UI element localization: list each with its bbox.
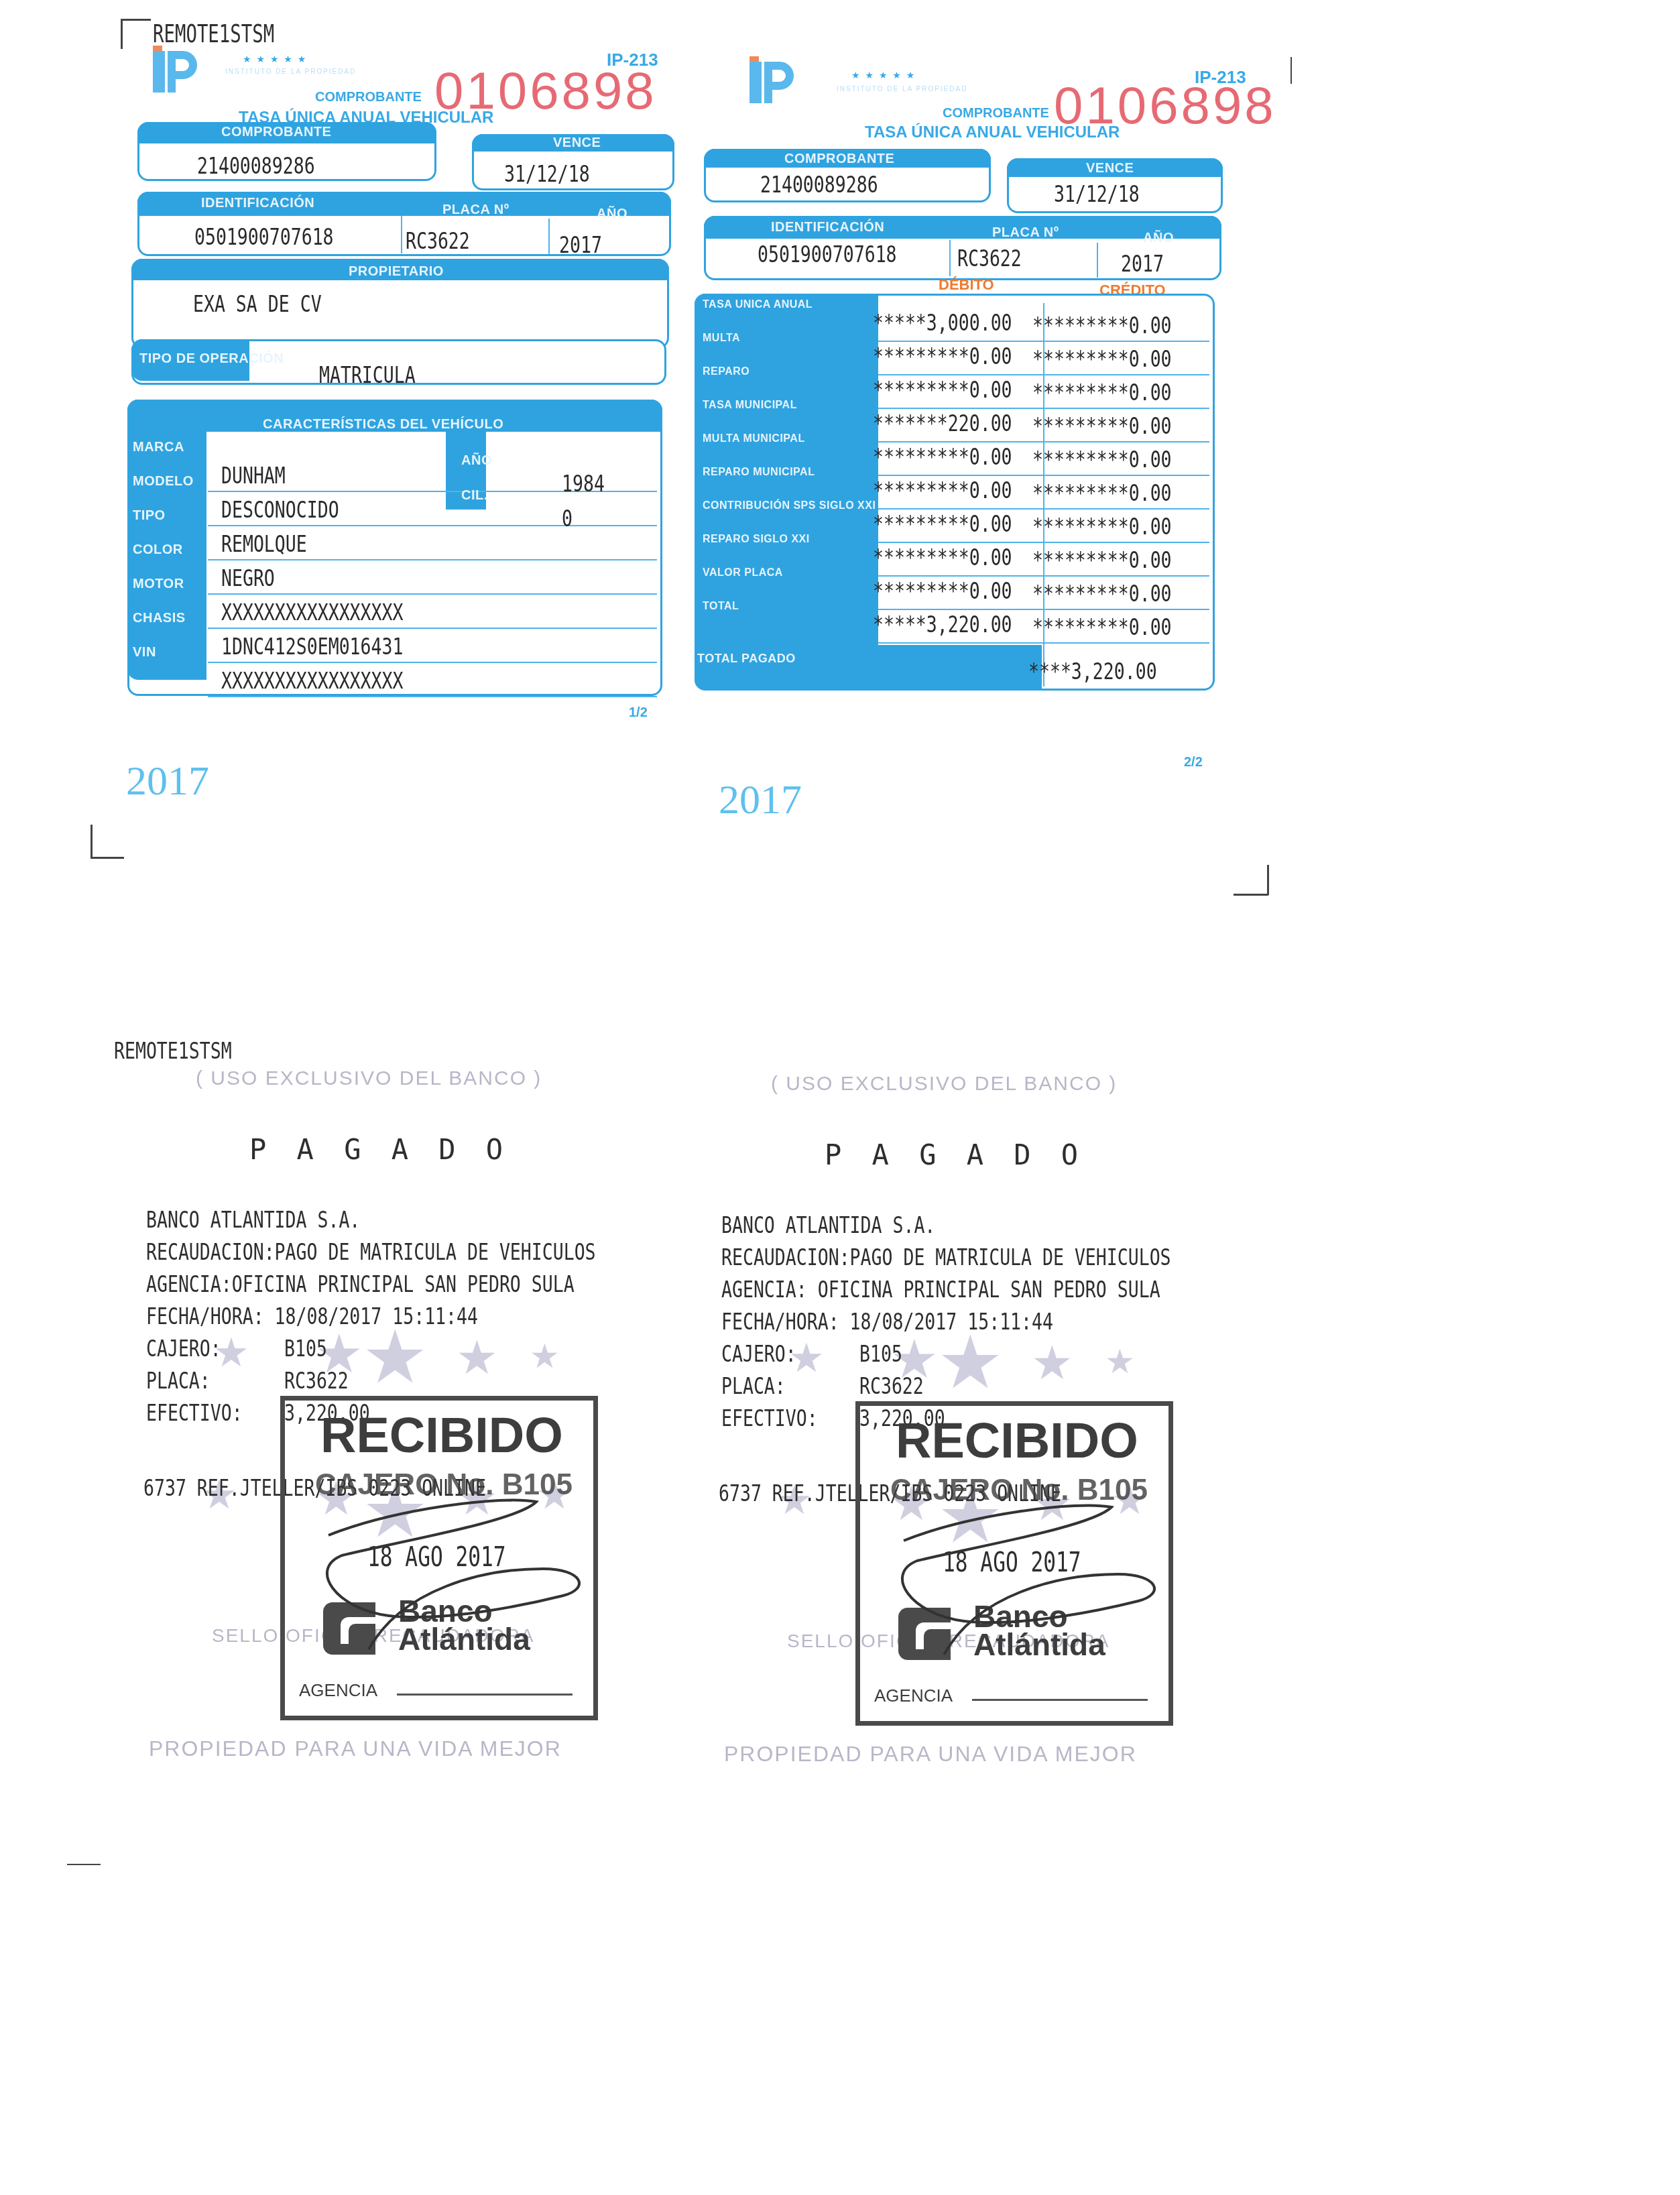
charge-debit: *******220.00: [873, 410, 1012, 437]
charge-label: TASA MUNICIPAL: [703, 400, 797, 412]
vence-label: VENCE: [1086, 161, 1134, 176]
total-pagado-value: ****3,220.00: [1028, 658, 1157, 685]
crop-mark: [1234, 894, 1268, 896]
divider: [1097, 243, 1098, 278]
comprobante-label: COMPROBANTE: [784, 152, 894, 167]
charge-debit: *********0.00: [873, 511, 1012, 538]
row-rule: [878, 542, 1209, 543]
receipt-line: FECHA/HORA: 18/08/2017 15:11:44: [721, 1309, 1053, 1336]
row-rule: [878, 609, 1209, 610]
row-rule: [878, 374, 1209, 375]
placa-value: RC3622: [957, 245, 1022, 272]
anio-label: AÑO: [1143, 231, 1174, 246]
receipt-field-value: B105: [859, 1341, 902, 1368]
identificacion-label: IDENTIFICACIÓN: [771, 220, 884, 235]
charge-credit: *********0.00: [1032, 547, 1172, 574]
row-rule: [878, 642, 1209, 644]
charge-credit: *********0.00: [1032, 346, 1172, 373]
charge-credit: *********0.00: [1032, 447, 1172, 473]
stamp-agency-line: [972, 1699, 1148, 1701]
debit-header: DÉBITO: [939, 276, 994, 294]
row-rule: [878, 475, 1209, 476]
charge-label: VALOR PLACA: [703, 567, 783, 579]
charge-credit: *********0.00: [1032, 614, 1172, 641]
charge-label: MULTA MUNICIPAL: [703, 433, 805, 445]
charge-label: TASA UNICA ANUAL: [703, 299, 813, 311]
receipt-field-label: PLACA:: [721, 1373, 786, 1400]
divider: [949, 240, 951, 276]
charge-debit: *********0.00: [873, 578, 1012, 605]
total-pagado-label: TOTAL PAGADO: [697, 652, 796, 666]
row-rule: [878, 408, 1209, 409]
charge-label: CONTRIBUCIÓN SPS SIGLO XXI: [703, 500, 876, 512]
charge-label: REPARO SIGLO XXI: [703, 534, 810, 546]
charge-label: TOTAL: [703, 601, 739, 613]
watermark-year: 2017: [719, 776, 802, 824]
page-indicator: 2/2: [1184, 755, 1203, 770]
signature: [890, 1474, 1172, 1661]
charge-debit: *********0.00: [873, 377, 1012, 404]
charge-debit: *****3,220.00: [873, 611, 1012, 638]
form-title: TASA ÚNICA ANUAL VEHICULAR: [865, 123, 1120, 142]
charge-label: REPARO MUNICIPAL: [703, 467, 815, 479]
row-rule: [878, 341, 1209, 342]
stamp-title: RECIBIDO: [896, 1412, 1138, 1469]
flag-star-icon: ★: [937, 1326, 1004, 1400]
charge-credit: *********0.00: [1032, 379, 1172, 406]
row-rule: [878, 508, 1209, 510]
bank-receipt-2: ( USO EXCLUSIVO DEL BANCO )P A G A D OBA…: [0, 1006, 1341, 1810]
scanned-page: REMOTE1STSM ★ ★ ★ ★ ★ INSTITUTO DE LA PR…: [0, 0, 1680, 2195]
logo-subtitle: INSTITUTO DE LA PROPIEDAD: [837, 86, 967, 93]
flag-star-icon: ★: [1031, 1340, 1073, 1386]
stamp-agency-label: AGENCIA: [874, 1685, 953, 1706]
charge-debit: *********0.00: [873, 544, 1012, 571]
anio-value: 2017: [1121, 251, 1164, 278]
receipt-line: BANCO ATLANTIDA S.A.: [721, 1212, 935, 1239]
charge-credit: *********0.00: [1032, 581, 1172, 607]
charge-debit: *********0.00: [873, 343, 1012, 370]
charge-credit: *********0.00: [1032, 413, 1172, 440]
vehicle-receipt-2: ★ ★ ★ ★ ★ INSTITUTO DE LA PROPIEDAD IP-2…: [0, 0, 1341, 872]
charge-label: REPARO: [703, 366, 749, 378]
vence-value: 31/12/18: [1054, 181, 1140, 208]
crop-mark: [67, 1864, 101, 1865]
identificacion-value: 0501900707618: [758, 241, 897, 268]
receipt-field-value: RC3622: [859, 1373, 924, 1400]
charge-debit: *********0.00: [873, 444, 1012, 471]
flag-star-icon: ★: [1105, 1345, 1135, 1378]
row-rule: [878, 441, 1209, 442]
logo-stars: ★ ★ ★ ★ ★: [851, 70, 916, 81]
charge-credit: *********0.00: [1032, 480, 1172, 507]
slogan: PROPIEDAD PARA UNA VIDA MEJOR: [724, 1742, 1137, 1767]
charge-label: MULTA: [703, 333, 740, 345]
comprobante-value: 21400089286: [760, 172, 878, 198]
bank-use-label: ( USO EXCLUSIVO DEL BANCO ): [771, 1073, 1117, 1095]
charge-debit: *********0.00: [873, 477, 1012, 504]
ip-logo: [749, 55, 794, 103]
receipt-field-label: EFECTIVO:: [721, 1405, 818, 1432]
charge-credit: *********0.00: [1032, 514, 1172, 540]
placa-label: PLACA Nº: [992, 225, 1059, 241]
status-paid: P A G A D O: [825, 1138, 1085, 1171]
receipt-line: RECAUDACION:PAGO DE MATRICULA DE VEHICUL…: [721, 1244, 1171, 1271]
row-rule: [878, 575, 1209, 577]
comprobante-caption: COMPROBANTE: [943, 106, 1049, 121]
charge-debit: *****3,000.00: [873, 310, 1012, 337]
receipt-field-label: CAJERO:: [721, 1341, 796, 1368]
receipt-line: AGENCIA: OFICINA PRINCIPAL SAN PEDRO SUL…: [721, 1277, 1160, 1303]
charge-credit: *********0.00: [1032, 312, 1172, 339]
